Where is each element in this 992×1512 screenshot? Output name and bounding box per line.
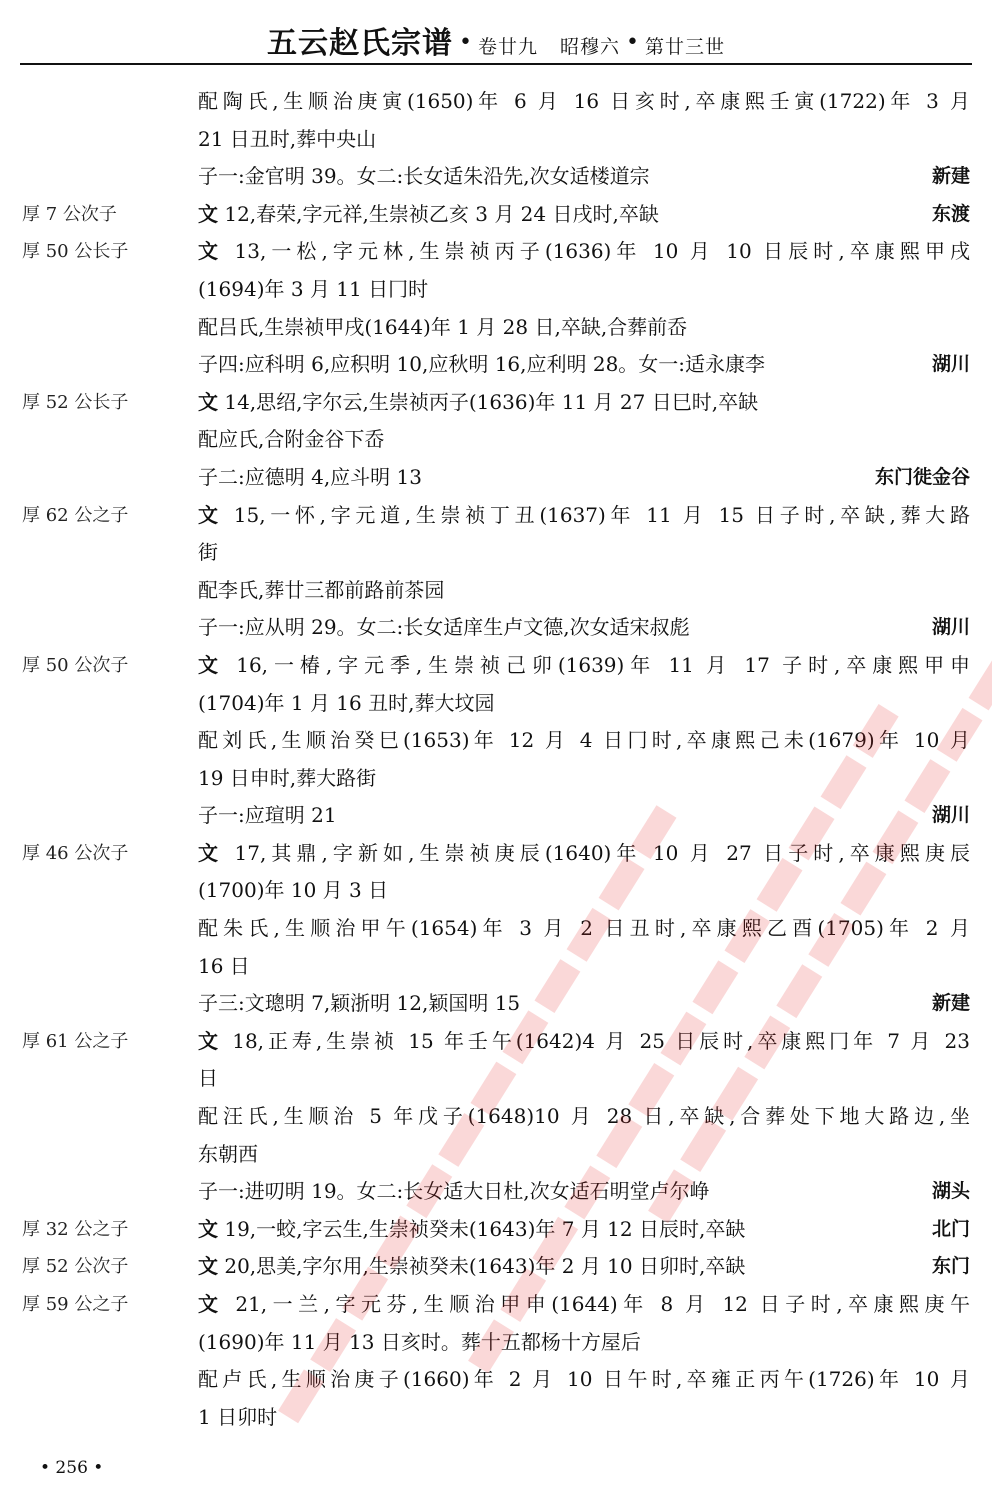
text-line: 配吕氏,生崇祯甲戌(1644)年 1 月 28 日,卒缺,合葬前岙 [0, 309, 992, 347]
lineage-note: 厚 32 公之子 [22, 1211, 128, 1249]
entry-lead: 文 [198, 1292, 224, 1316]
entry-text: 1 日卯时 [198, 1399, 970, 1437]
entry-text: (1700)年 10 月 3 日 [198, 872, 970, 910]
entry-body: 21 日丑时,葬中央山 [198, 127, 376, 151]
lineage-note: 厚 59 公之子 [22, 1286, 128, 1324]
header-separator-2: • [626, 30, 639, 55]
text-line: 配李氏,葬廿三都前路前茶园 [0, 572, 992, 610]
entry-body: 20,思美,字尔用,生崇祯癸未(1643)年 2 月 10 日卯时,卒缺 [218, 1254, 745, 1278]
entry-body: 16 日 [198, 954, 250, 978]
entry-body: (1694)年 3 月 11 日冂时 [198, 277, 428, 301]
entry-text: 文 13,一松,字元林,生崇祯丙子(1636)年 10 月 10 日辰时,卒康熙… [198, 233, 970, 271]
entry-body: 12,春荣,字元祥,生崇祯乙亥 3 月 24 日戌时,卒缺 [218, 202, 659, 226]
entry-body: 16,一椿,字元季,生崇祯己卯(1639)年 11 月 17 子时,卒康熙甲申 [224, 653, 970, 677]
lineage-note: 厚 50 公长子 [22, 233, 128, 271]
entry-lead: 文 [198, 1029, 222, 1053]
entry-lead: 文 [198, 503, 223, 527]
entry-text: 子一:应瑄明 21 [198, 797, 970, 835]
entry-body: 配卢氏,生顺治庚子(1660)年 2 月 10 日午时,卒雍正丙午(1726)年… [198, 1367, 970, 1391]
entry-lead: 文 [198, 390, 218, 414]
text-line: 厚 52 公次子文 20,思美,字尔用,生崇祯癸未(1643)年 2 月 10 … [0, 1248, 992, 1286]
residence-place: 东门徙金谷 [875, 459, 970, 497]
residence-place: 新建 [932, 158, 970, 196]
text-line: 厚 62 公之子文 15,一怀,字元道,生崇祯丁丑(1637)年 11 月 15… [0, 497, 992, 535]
text-line: 19 日申时,葬大路街 [0, 760, 992, 798]
text-line: 子三:文璁明 7,颖浙明 12,颖国明 15新建 [0, 985, 992, 1023]
text-line: 日 [0, 1060, 992, 1098]
page-number: • 256 • [40, 1458, 103, 1478]
text-line: 子一:金官明 39。女二:长女适朱沿先,次女适楼道宗新建 [0, 158, 992, 196]
text-line: 子一:进叨明 19。女二:长女适大日杜,次女适石明堂卢尔峥湖头 [0, 1173, 992, 1211]
text-line: 子四:应科明 6,应积明 10,应秋明 16,应利明 28。女一:适永康李湖川 [0, 346, 992, 384]
text-line: 配朱氏,生顺治甲午(1654)年 3 月 2 日丑时,卒康熙乙酉(1705)年 … [0, 910, 992, 948]
header-rule [20, 63, 972, 65]
entry-body: 17,其鼎,字新如,生崇祯庚辰(1640)年 10 月 27 日子时,卒康熙庚辰 [223, 841, 970, 865]
residence-place: 湖头 [932, 1173, 970, 1211]
entry-body: 18,正寿,生崇祯 15 年壬午(1642)4 月 25 日辰时,卒康熙冂年 7… [222, 1029, 970, 1053]
text-line: 配刘氏,生顺治癸巳(1653)年 12 月 4 日冂时,卒康熙己未(1679)年… [0, 722, 992, 760]
entry-body: 配汪氏,生顺治 5 年戊子(1648)10 月 28 日,卒缺,合葬处下地大路边… [198, 1104, 970, 1128]
entry-text: 子一:金官明 39。女二:长女适朱沿先,次女适楼道宗 [198, 158, 970, 196]
residence-place: 湖川 [932, 797, 970, 835]
text-line: 子二:应德明 4,应斗明 13东门徙金谷 [0, 459, 992, 497]
entry-text: 配卢氏,生顺治庚子(1660)年 2 月 10 日午时,卒雍正丙午(1726)年… [198, 1361, 970, 1399]
text-line: 配汪氏,生顺治 5 年戊子(1648)10 月 28 日,卒缺,合葬处下地大路边… [0, 1098, 992, 1136]
lineage-note: 厚 52 公次子 [22, 1248, 128, 1286]
entry-text: 文 15,一怀,字元道,生崇祯丁丑(1637)年 11 月 15 日子时,卒缺,… [198, 497, 970, 535]
entry-text: 日 [198, 1060, 970, 1098]
entry-text: 文 16,一椿,字元季,生崇祯己卯(1639)年 11 月 17 子时,卒康熙甲… [198, 647, 970, 685]
genealogy-entries: 配陶氏,生顺治庚寅(1650)年 6 月 16 日亥时,卒康熙壬寅(1722)年… [0, 83, 992, 1436]
entry-lead: 文 [198, 841, 223, 865]
volume-label: 卷廿九 [478, 36, 538, 58]
page-header: 五云赵氏宗谱•卷廿九昭穆六•第廿三世 [0, 18, 992, 62]
entry-text: 文 19,一蛟,字云生,生崇祯癸未(1643)年 7 月 12 日辰时,卒缺 [198, 1211, 970, 1249]
lineage-note: 厚 50 公次子 [22, 647, 128, 685]
entry-text: 16 日 [198, 948, 970, 986]
entry-body: 19 日申时,葬大路街 [198, 766, 376, 790]
residence-place: 湖川 [932, 346, 970, 384]
entry-body: 子三:文璁明 7,颖浙明 12,颖国明 15 [198, 991, 520, 1015]
residence-place: 东门 [932, 1248, 970, 1286]
entry-text: 配陶氏,生顺治庚寅(1650)年 6 月 16 日亥时,卒康熙壬寅(1722)年… [198, 83, 970, 121]
entry-body: 子一:进叨明 19。女二:长女适大日杜,次女适石明堂卢尔峥 [198, 1179, 710, 1203]
entry-text: 文 17,其鼎,字新如,生崇祯庚辰(1640)年 10 月 27 日子时,卒康熙… [198, 835, 970, 873]
lineage-note: 厚 46 公次子 [22, 835, 128, 873]
entry-text: 子四:应科明 6,应积明 10,应秋明 16,应利明 28。女一:适永康李 [198, 346, 970, 384]
entry-body: 子二:应德明 4,应斗明 13 [198, 465, 422, 489]
residence-place: 湖川 [932, 609, 970, 647]
entry-text: (1704)年 1 月 16 丑时,葬大坟园 [198, 685, 970, 723]
entry-text: (1690)年 11 月 13 日亥时。葬十五都杨十方屋后 [198, 1324, 970, 1362]
text-line: 21 日丑时,葬中央山 [0, 121, 992, 159]
entry-body: 15,一怀,字元道,生崇祯丁丑(1637)年 11 月 15 日子时,卒缺,葬大… [223, 503, 970, 527]
lineage-note: 厚 61 公之子 [22, 1023, 128, 1061]
text-line: 1 日卯时 [0, 1399, 992, 1437]
text-line: 厚 50 公长子文 13,一松,字元林,生崇祯丙子(1636)年 10 月 10… [0, 233, 992, 271]
entry-lead: 文 [198, 202, 218, 226]
text-line: 配卢氏,生顺治庚子(1660)年 2 月 10 日午时,卒雍正丙午(1726)年… [0, 1361, 992, 1399]
entry-body: 配李氏,葬廿三都前路前茶园 [198, 578, 444, 602]
entry-text: 配汪氏,生顺治 5 年戊子(1648)10 月 28 日,卒缺,合葬处下地大路边… [198, 1098, 970, 1136]
text-line: (1704)年 1 月 16 丑时,葬大坟园 [0, 685, 992, 723]
entry-text: 文 12,春荣,字元祥,生崇祯乙亥 3 月 24 日戌时,卒缺 [198, 196, 970, 234]
entry-text: 子一:应从明 29。女二:长女适庠生卢文德,次女适宋叔彪 [198, 609, 970, 647]
entry-lead: 文 [198, 1217, 218, 1241]
entry-text: (1694)年 3 月 11 日冂时 [198, 271, 970, 309]
entry-text: 21 日丑时,葬中央山 [198, 121, 970, 159]
entry-body: 配吕氏,生崇祯甲戌(1644)年 1 月 28 日,卒缺,合葬前岙 [198, 315, 687, 339]
text-line: (1700)年 10 月 3 日 [0, 872, 992, 910]
entry-body: 子一:金官明 39。女二:长女适朱沿先,次女适楼道宗 [198, 164, 650, 188]
entry-text: 19 日申时,葬大路街 [198, 760, 970, 798]
entry-body: 配陶氏,生顺治庚寅(1650)年 6 月 16 日亥时,卒康熙壬寅(1722)年… [198, 89, 970, 113]
entry-text: 配李氏,葬廿三都前路前茶园 [198, 572, 970, 610]
entry-text: 文 14,思绍,字尔云,生崇祯丙子(1636)年 11 月 27 日巳时,卒缺 [198, 384, 970, 422]
entry-text: 文 20,思美,字尔用,生崇祯癸未(1643)年 2 月 10 日卯时,卒缺 [198, 1248, 970, 1286]
text-line: 厚 52 公长子文 14,思绍,字尔云,生崇祯丙子(1636)年 11 月 27… [0, 384, 992, 422]
entry-text: 东朝西 [198, 1136, 970, 1174]
text-line: 厚 61 公之子文 18,正寿,生崇祯 15 年壬午(1642)4 月 25 日… [0, 1023, 992, 1061]
text-line: 16 日 [0, 948, 992, 986]
entry-text: 配朱氏,生顺治甲午(1654)年 3 月 2 日丑时,卒康熙乙酉(1705)年 … [198, 910, 970, 948]
residence-place: 新建 [932, 985, 970, 1023]
entry-body: 东朝西 [198, 1142, 258, 1166]
residence-place: 北门 [932, 1211, 970, 1249]
generation-label: 第廿三世 [645, 36, 725, 58]
entry-body: 街 [198, 540, 218, 564]
entry-text: 配吕氏,生崇祯甲戌(1644)年 1 月 28 日,卒缺,合葬前岙 [198, 309, 970, 347]
lineage-note: 厚 62 公之子 [22, 497, 128, 535]
text-line: 街 [0, 534, 992, 572]
entry-text: 配刘氏,生顺治癸巳(1653)年 12 月 4 日冂时,卒康熙己未(1679)年… [198, 722, 970, 760]
text-line: 厚 7 公次子文 12,春荣,字元祥,生崇祯乙亥 3 月 24 日戌时,卒缺东渡 [0, 196, 992, 234]
entry-text: 子二:应德明 4,应斗明 13 [198, 459, 970, 497]
book-title: 五云赵氏宗谱 [267, 26, 453, 61]
text-line: (1694)年 3 月 11 日冂时 [0, 271, 992, 309]
section-label: 昭穆六 [560, 36, 620, 58]
entry-body: 19,一蛟,字云生,生崇祯癸未(1643)年 7 月 12 日辰时,卒缺 [218, 1217, 745, 1241]
text-line: 子一:应从明 29。女二:长女适庠生卢文德,次女适宋叔彪湖川 [0, 609, 992, 647]
entry-text: 子一:进叨明 19。女二:长女适大日杜,次女适石明堂卢尔峥 [198, 1173, 970, 1211]
entry-body: 13,一松,字元林,生崇祯丙子(1636)年 10 月 10 日辰时,卒康熙甲戌 [223, 239, 970, 263]
entry-text: 配应氏,合附金谷下岙 [198, 421, 970, 459]
entry-body: 14,思绍,字尔云,生崇祯丙子(1636)年 11 月 27 日巳时,卒缺 [218, 390, 758, 414]
lineage-note: 厚 52 公长子 [22, 384, 128, 422]
entry-lead: 文 [198, 1254, 218, 1278]
lineage-note: 厚 7 公次子 [22, 196, 117, 234]
text-line: 厚 59 公之子文 21,一兰,字元芬,生顺治甲申(1644)年 8 月 12 … [0, 1286, 992, 1324]
entry-body: 21,一兰,字元芬,生顺治甲申(1644)年 8 月 12 日子时,卒康熙庚午 [224, 1292, 971, 1316]
entry-text: 文 18,正寿,生崇祯 15 年壬午(1642)4 月 25 日辰时,卒康熙冂年… [198, 1023, 970, 1061]
entry-body: 子一:应从明 29。女二:长女适庠生卢文德,次女适宋叔彪 [198, 615, 690, 639]
entry-body: (1700)年 10 月 3 日 [198, 878, 388, 902]
text-line: 东朝西 [0, 1136, 992, 1174]
entry-body: 配朱氏,生顺治甲午(1654)年 3 月 2 日丑时,卒康熙乙酉(1705)年 … [198, 916, 970, 940]
text-line: 配陶氏,生顺治庚寅(1650)年 6 月 16 日亥时,卒康熙壬寅(1722)年… [0, 83, 992, 121]
text-line: 厚 46 公次子文 17,其鼎,字新如,生崇祯庚辰(1640)年 10 月 27… [0, 835, 992, 873]
text-line: 厚 32 公之子文 19,一蛟,字云生,生崇祯癸未(1643)年 7 月 12 … [0, 1211, 992, 1249]
entry-body: 配应氏,合附金谷下岙 [198, 427, 384, 451]
entry-lead: 文 [198, 239, 223, 263]
entry-body: 子四:应科明 6,应积明 10,应秋明 16,应利明 28。女一:适永康李 [198, 352, 765, 376]
entry-body: 子一:应瑄明 21 [198, 803, 337, 827]
entry-body: 配刘氏,生顺治癸巳(1653)年 12 月 4 日冂时,卒康熙己未(1679)年… [198, 728, 970, 752]
entry-body: (1704)年 1 月 16 丑时,葬大坟园 [198, 691, 494, 715]
entry-body: 日 [198, 1066, 218, 1090]
header-separator: • [459, 30, 472, 55]
text-line: (1690)年 11 月 13 日亥时。葬十五都杨十方屋后 [0, 1324, 992, 1362]
entry-text: 子三:文璁明 7,颖浙明 12,颖国明 15 [198, 985, 970, 1023]
entry-body: (1690)年 11 月 13 日亥时。葬十五都杨十方屋后 [198, 1330, 641, 1354]
text-line: 配应氏,合附金谷下岙 [0, 421, 992, 459]
text-line: 子一:应瑄明 21湖川 [0, 797, 992, 835]
entry-text: 文 21,一兰,字元芬,生顺治甲申(1644)年 8 月 12 日子时,卒康熙庚… [198, 1286, 970, 1324]
entry-lead: 文 [198, 653, 224, 677]
residence-place: 东渡 [932, 196, 970, 234]
entry-body: 1 日卯时 [198, 1405, 277, 1429]
entry-text: 街 [198, 534, 970, 572]
text-line: 厚 50 公次子文 16,一椿,字元季,生崇祯己卯(1639)年 11 月 17… [0, 647, 992, 685]
